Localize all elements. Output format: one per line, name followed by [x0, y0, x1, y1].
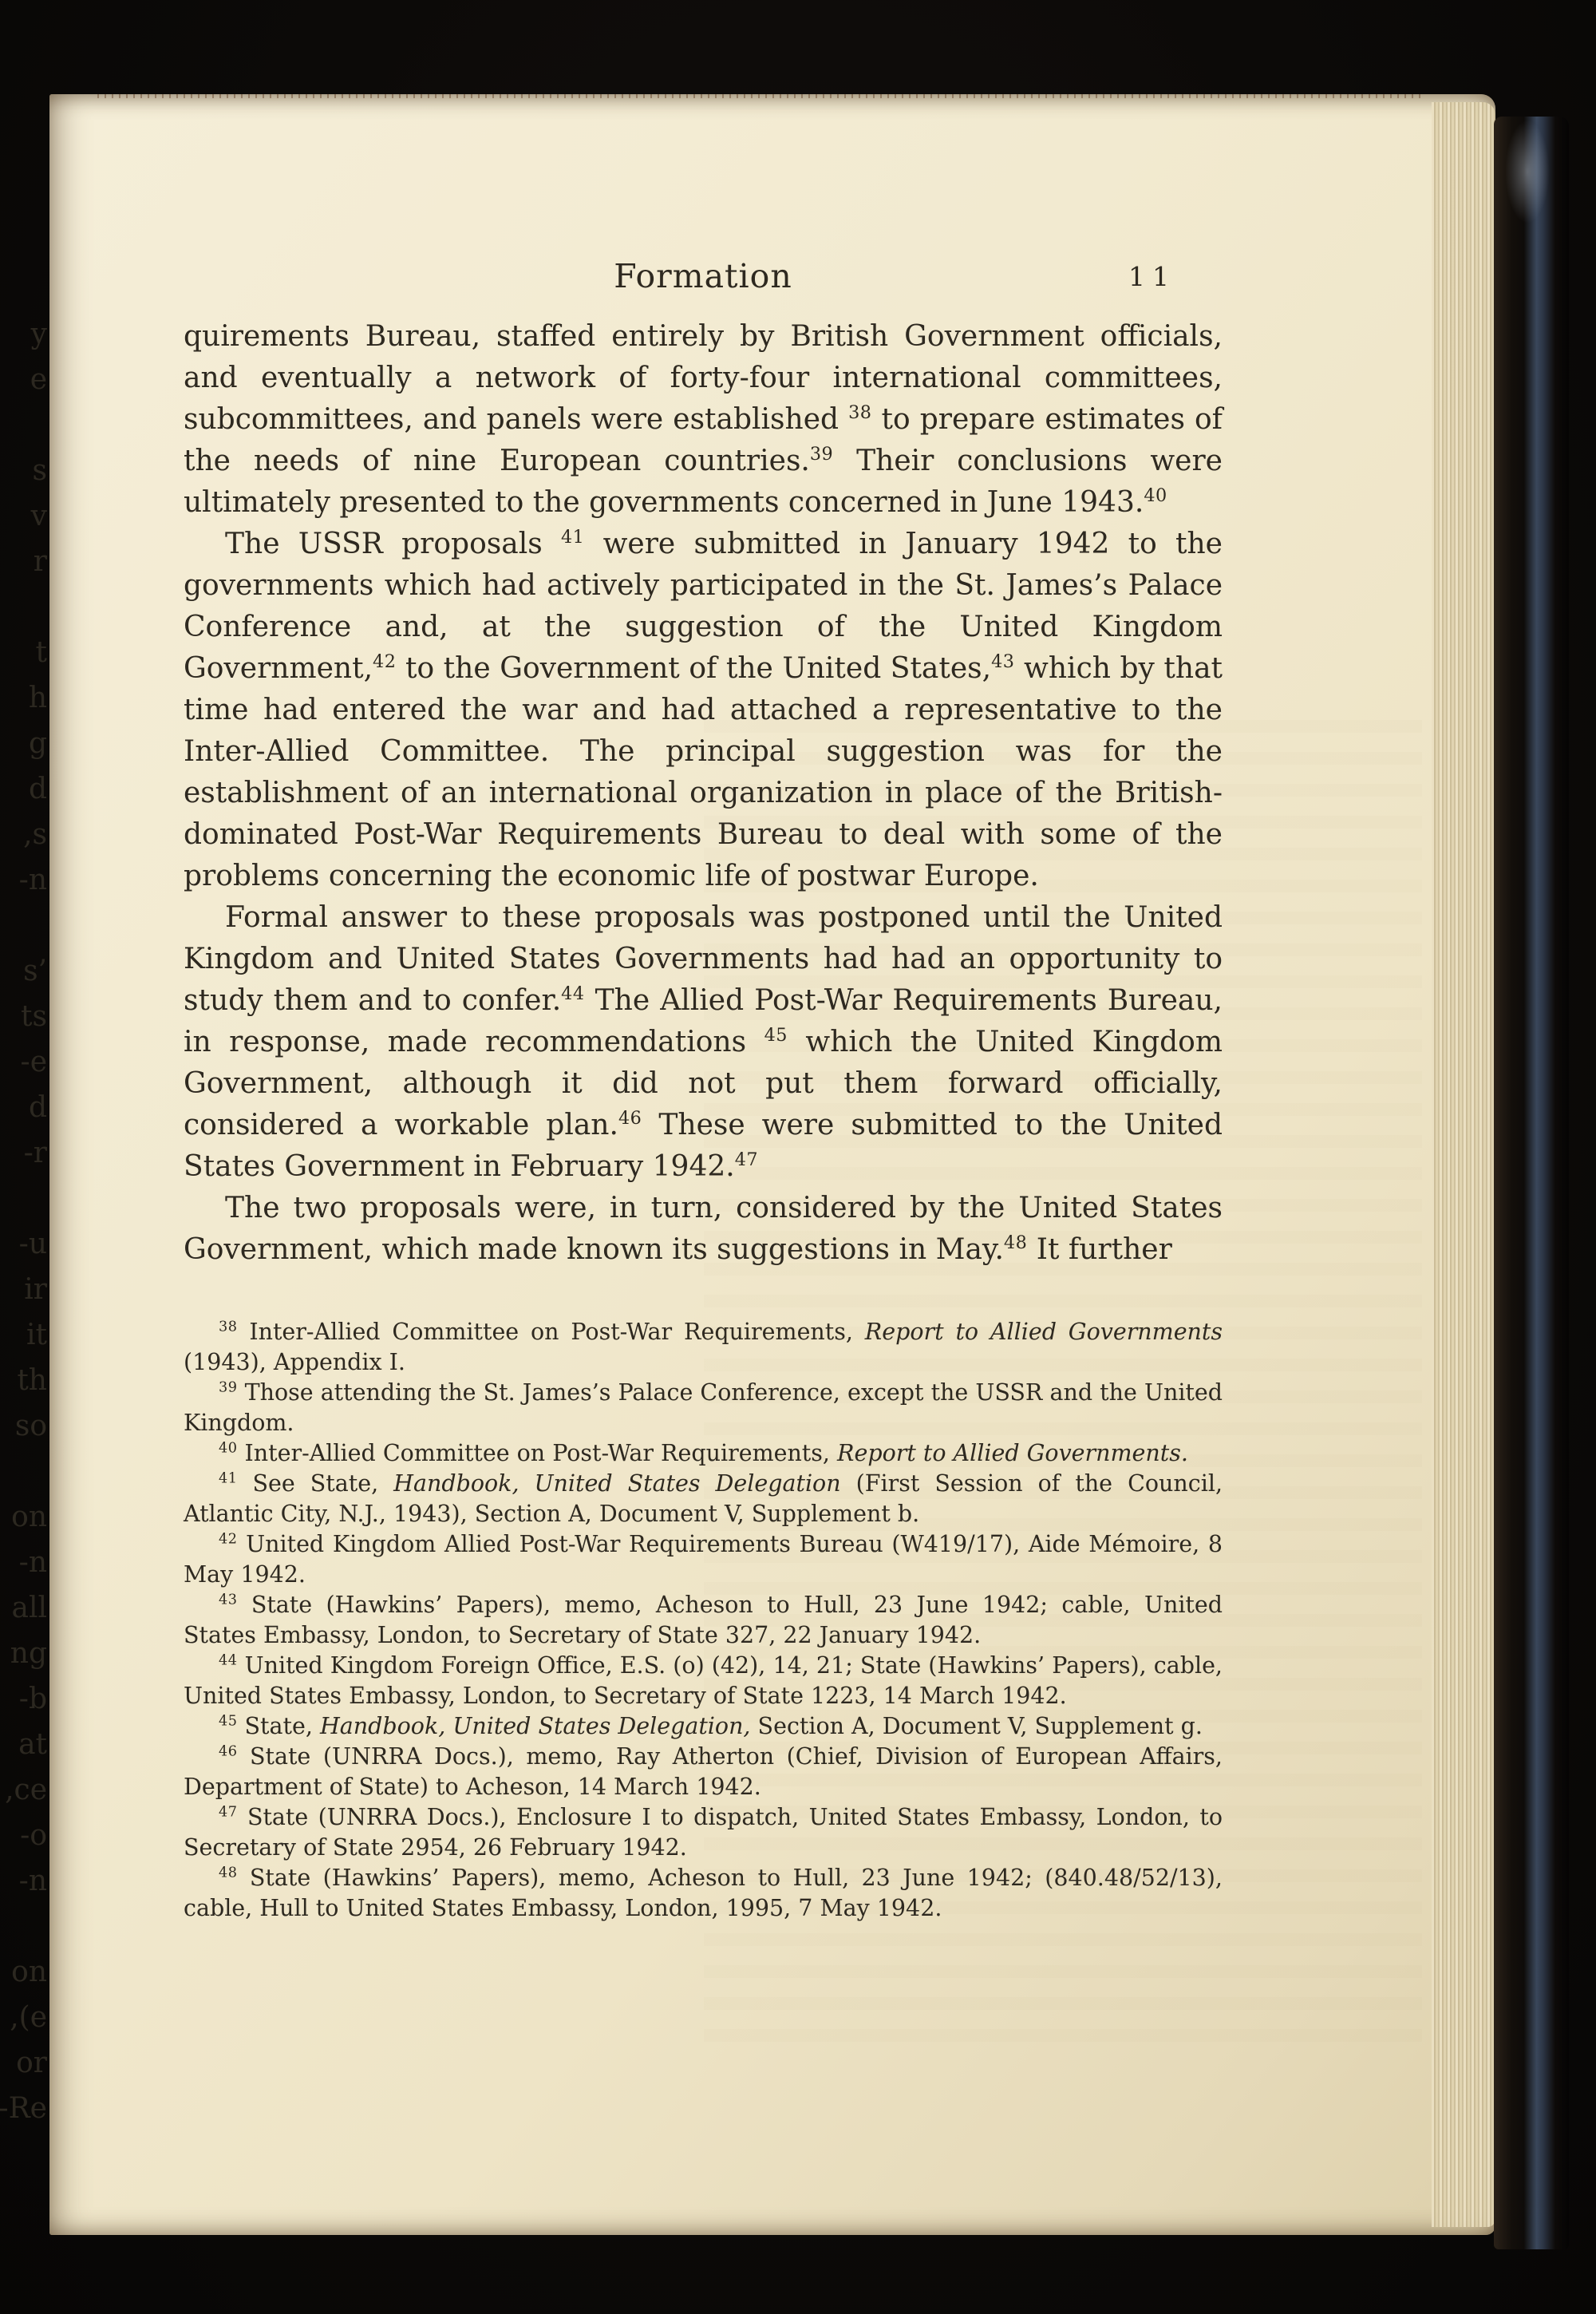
footnote-reference: 44 [561, 983, 584, 1004]
text-run: State (Hawkins’ Papers), memo, Acheson t… [184, 1592, 1223, 1648]
footnote-reference: 40 [1144, 485, 1167, 506]
text-run: Handbook, United States Delegation, [320, 1713, 751, 1739]
footnote-number: 44 [219, 1653, 237, 1669]
footnote-number: 40 [219, 1441, 237, 1457]
footnote: 47 State (UNRRA Docs.), Enclosure I to d… [184, 1802, 1223, 1863]
footnotes: 38 Inter-Allied Committee on Post-War Re… [184, 1317, 1223, 1924]
edge-text-fragment: on [0, 1494, 47, 1540]
running-head: Formation 11 [184, 257, 1223, 307]
footnote-reference: 47 [735, 1149, 758, 1170]
text-run: Report to Allied Governments [865, 1319, 1223, 1345]
text-run: Report to Allied Governments. [837, 1440, 1188, 1466]
text-run: Handbook, United States Delegation [393, 1470, 840, 1497]
book-page-scan: yesvrthgds,n-’stse-dr-u-iritthsoonn-alln… [0, 0, 1596, 2314]
paragraph: Formal answer to these proposals was pos… [184, 897, 1223, 1188]
edge-text-fragment: r- [0, 1130, 47, 1176]
edge-text-fragment: it [0, 1312, 47, 1358]
body-text: quirements Bureau, staffed entirely by B… [184, 316, 1223, 1271]
footnote: 45 State, Handbook, United States Delega… [184, 1711, 1223, 1742]
text-run: United Kingdom Foreign Office, E.S. (o) … [184, 1652, 1223, 1709]
footnote: 40 Inter-Allied Committee on Post-War Re… [184, 1438, 1223, 1469]
edge-text-fragment [0, 1904, 47, 1949]
footnote-number: 45 [219, 1714, 237, 1730]
footnote-reference: 38 [848, 402, 871, 423]
footnote-number: 48 [219, 1865, 237, 1881]
paragraph: The USSR proposals 41 were submitted in … [184, 524, 1223, 897]
text-block: Formation 11 quirements Bureau, staffed … [184, 257, 1223, 1924]
edge-text-fragment: d [0, 1085, 47, 1130]
footnote-number: 39 [219, 1380, 237, 1396]
edge-text-fragment: v [0, 493, 47, 539]
edge-text-fragment: all [0, 1585, 47, 1631]
edge-text-fragment: ce, [0, 1767, 47, 1813]
footnote: 46 State (UNRRA Docs.), memo, Ray Athert… [184, 1742, 1223, 1802]
edge-text-fragment: ir [0, 1267, 47, 1312]
book-cover-edge [1494, 117, 1569, 2249]
text-run: Section A, Document V, Supplement g. [751, 1713, 1203, 1739]
edge-text-fragment [0, 1176, 47, 1221]
footnote-number: 43 [219, 1592, 237, 1608]
running-head-title: Formation [184, 257, 1223, 295]
edge-text-fragment: n- [0, 1858, 47, 1904]
paragraph: The two proposals were, in turn, conside… [184, 1188, 1223, 1271]
edge-text-fragment [0, 903, 47, 948]
text-run: See State, [253, 1470, 394, 1497]
edge-text-fragment: n- [0, 857, 47, 903]
text-run: State (UNRRA Docs.), memo, Ray Atherton … [184, 1743, 1223, 1800]
edge-text-fragment: e- [0, 1039, 47, 1085]
edge-text-fragment: d [0, 766, 47, 812]
edge-text-fragment: ts [0, 994, 47, 1039]
footnote-reference: 45 [764, 1025, 788, 1046]
page-number: 11 [1128, 261, 1176, 292]
footnote-reference: 46 [618, 1108, 642, 1129]
text-run: State (Hawkins’ Papers), memo, Acheson t… [184, 1865, 1223, 1921]
page-block-fore-edge [1432, 102, 1495, 2227]
footnote-number: 38 [219, 1319, 237, 1335]
footnote-reference: 42 [373, 651, 396, 672]
footnote-reference: 41 [561, 527, 584, 548]
left-edge-text-fragments: yesvrthgds,n-’stse-dr-u-iritthsoonn-alln… [0, 311, 49, 2131]
footnote: 44 United Kingdom Foreign Office, E.S. (… [184, 1651, 1223, 1711]
text-run: to the Government of the United States, [396, 652, 991, 685]
footnote: 39 Those attending the St. James’s Palac… [184, 1378, 1223, 1438]
edge-text-fragment: r [0, 539, 47, 584]
edge-text-fragment: Re- [0, 2086, 47, 2131]
edge-text-fragment: b- [0, 1676, 47, 1722]
edge-text-fragment: ’s [0, 948, 47, 994]
edge-text-fragment: g [0, 721, 47, 766]
edge-text-fragment: s, [0, 812, 47, 857]
footnote: 48 State (Hawkins’ Papers), memo, Acheso… [184, 1863, 1223, 1924]
edge-text-fragment [0, 584, 47, 630]
text-run: Those attending the St. James’s Palace C… [184, 1379, 1223, 1436]
cover-reflection-highlight [1505, 120, 1550, 223]
book-page: Formation 11 quirements Bureau, staffed … [49, 94, 1495, 2235]
edge-text-fragment: so [0, 1403, 47, 1449]
text-run: It further [1027, 1233, 1171, 1266]
footnote: 42 United Kingdom Allied Post-War Requir… [184, 1529, 1223, 1590]
edge-text-fragment: th [0, 1358, 47, 1403]
edge-text-fragment: u- [0, 1221, 47, 1267]
footnote-reference: 39 [810, 444, 833, 465]
edge-text-fragment: on [0, 1949, 47, 1995]
footnote-number: 42 [219, 1532, 237, 1548]
footnote-number: 41 [219, 1471, 237, 1487]
footnote: 41 See State, Handbook, United States De… [184, 1469, 1223, 1529]
footnote-reference: 48 [1004, 1232, 1027, 1253]
edge-text-fragment: y [0, 311, 47, 357]
text-run: Inter-Allied Committee on Post-War Requi… [249, 1319, 864, 1345]
edge-text-fragment: e [0, 357, 47, 402]
edge-text-fragment [0, 402, 47, 448]
footnote-reference: 43 [991, 651, 1014, 672]
text-run: Inter-Allied Committee on Post-War Requi… [245, 1440, 837, 1466]
paragraph: quirements Bureau, staffed entirely by B… [184, 316, 1223, 524]
text-run: State (UNRRA Docs.), Enclosure I to disp… [184, 1804, 1223, 1861]
text-run: State, [245, 1713, 320, 1739]
edge-text-fragment: s [0, 448, 47, 493]
edge-text-fragment [0, 1449, 47, 1494]
footnote: 38 Inter-Allied Committee on Post-War Re… [184, 1317, 1223, 1378]
edge-text-fragment: o- [0, 1813, 47, 1858]
text-run: United Kingdom Allied Post-War Requireme… [184, 1531, 1223, 1588]
edge-text-fragment: at [0, 1722, 47, 1767]
edge-text-fragment: h [0, 675, 47, 721]
footnote: 43 State (Hawkins’ Papers), memo, Acheso… [184, 1590, 1223, 1651]
footnote-number: 47 [219, 1805, 237, 1821]
text-run: The USSR proposals [225, 528, 561, 560]
edge-text-fragment: e), [0, 1995, 47, 2040]
text-run: which by that time had entered the war a… [184, 652, 1223, 892]
text-run: (1943), Appendix I. [184, 1349, 405, 1375]
footnote-number: 46 [219, 1744, 237, 1760]
edge-text-fragment: or [0, 2040, 47, 2086]
edge-text-fragment: t [0, 630, 47, 675]
previous-page-edge: yesvrthgds,n-’stse-dr-u-iritthsoonn-alln… [0, 168, 49, 2263]
edge-text-fragment: ng [0, 1631, 47, 1676]
deckle-edge [97, 94, 1422, 98]
edge-text-fragment: n- [0, 1540, 47, 1585]
